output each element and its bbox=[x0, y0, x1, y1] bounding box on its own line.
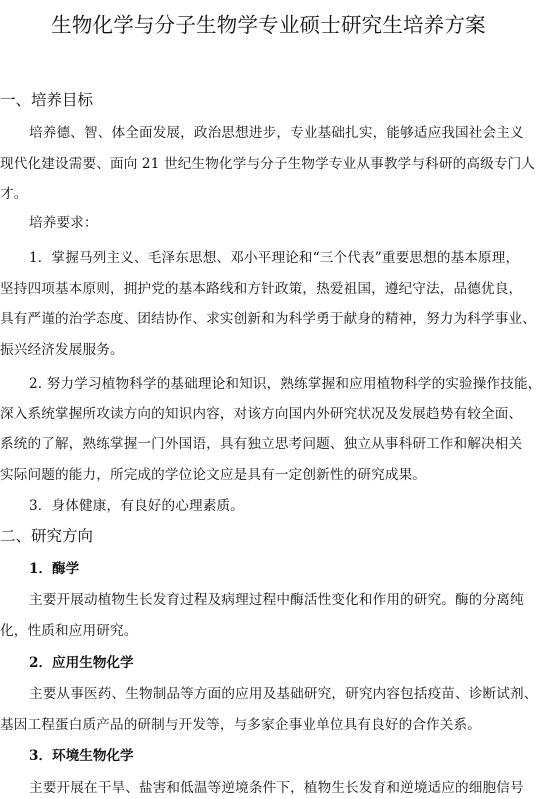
paragraph-line: 主要开展在干旱、盐害和低温等逆境条件下，植物生长发育和逆境适应的细胞信号 bbox=[29, 776, 537, 796]
paragraph-line: 深入系统掌握所攻读方向的知识内容，对该方向国内外研究状况及发展趋势有较全面、 bbox=[0, 402, 537, 422]
paragraph-line: 培养要求： bbox=[29, 211, 537, 231]
paragraph-line: 具有严谨的治学态度、团结协作、求实创新和为科学勇于献身的精神，努力为科学事业、 bbox=[0, 307, 537, 327]
section-heading-research: 二、研究方向 bbox=[0, 524, 93, 546]
subheading-environmental-biochem: 3．环境生物化学 bbox=[29, 744, 134, 764]
paragraph-line: 振兴经济发展服务。 bbox=[0, 338, 537, 358]
subheading-enzymology: 1．酶学 bbox=[29, 557, 79, 577]
paragraph-line: 系统的了解，熟练掌握一门外国语，具有独立思考问题、独立从事科研工作和解决相关 bbox=[0, 432, 537, 452]
paragraph-line: 现代化建设需要、面向 21 世纪生物化学与分子生物学专业从事教学与科研的高级专门… bbox=[0, 152, 537, 172]
paragraph-line: 基因工程蛋白质产品的研制与开发等，与多家企事业单位具有良好的合作关系。 bbox=[0, 713, 537, 733]
paragraph-line: 才。 bbox=[0, 182, 537, 202]
paragraph-line: 1．掌握马列主义、毛泽东思想、邓小平理论和“三个代表”重要思想的基本原理， bbox=[29, 246, 537, 266]
section-heading-goals: 一、培养目标 bbox=[0, 88, 93, 110]
paragraph-line: 实际问题的能力，所完成的学位论文应是具有一定创新性的研究成果。 bbox=[0, 463, 537, 483]
paragraph-line: 坚持四项基本原则，拥护党的基本路线和方针政策，热爱祖国，遵纪守法，品德优良， bbox=[0, 277, 537, 297]
paragraph-line: 主要开展动植物生长发育过程及病理过程中酶活性变化和作用的研究。酶的分离纯 bbox=[29, 588, 537, 608]
paragraph-line: 培养德、智、体全面发展，政治思想进步，专业基础扎实，能够适应我国社会主义 bbox=[29, 121, 537, 141]
paragraph-line: 主要从事医药、生物制品等方面的应用及基础研究，研究内容包括疫苗、诊断试剂、 bbox=[29, 682, 537, 702]
subheading-applied-biochem: 2．应用生物化学 bbox=[29, 651, 134, 671]
paragraph-line: 3．身体健康，有良好的心理素质。 bbox=[29, 494, 537, 514]
paragraph-line: 化，性质和应用研究。 bbox=[0, 619, 537, 639]
paragraph-line: 2. 努力学习植物科学的基础理论和知识，熟练掌握和应用植物科学的实验操作技能， bbox=[29, 372, 537, 392]
document-title: 生物化学与分子生物学专业硕士研究生培养方案 bbox=[0, 8, 537, 38]
